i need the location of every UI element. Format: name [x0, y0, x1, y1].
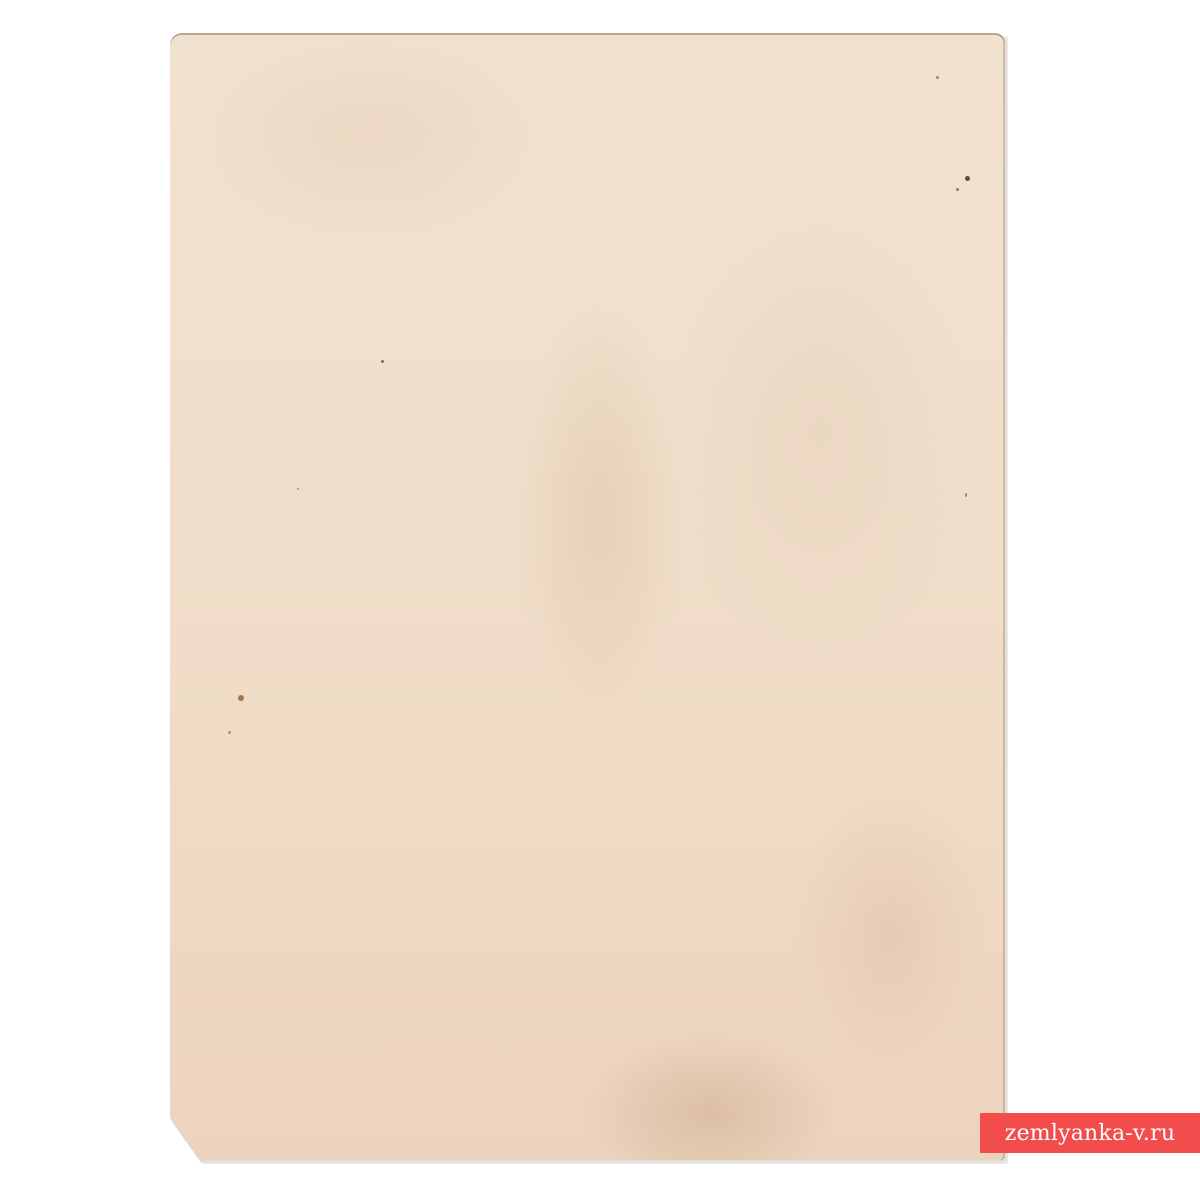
stain-spot [956, 188, 959, 191]
photo-stage: zemlyanka-v.ru [0, 0, 1200, 1200]
stain-spot [228, 731, 231, 734]
stain-spot [936, 76, 939, 79]
stain-spot [965, 493, 967, 497]
stain-spot [238, 695, 244, 701]
site-watermark: zemlyanka-v.ru [980, 1113, 1200, 1153]
stain-spot [297, 488, 299, 490]
aged-paper-sheet [170, 33, 1005, 1160]
stain-spot [965, 176, 970, 181]
stain-spot [381, 360, 384, 363]
